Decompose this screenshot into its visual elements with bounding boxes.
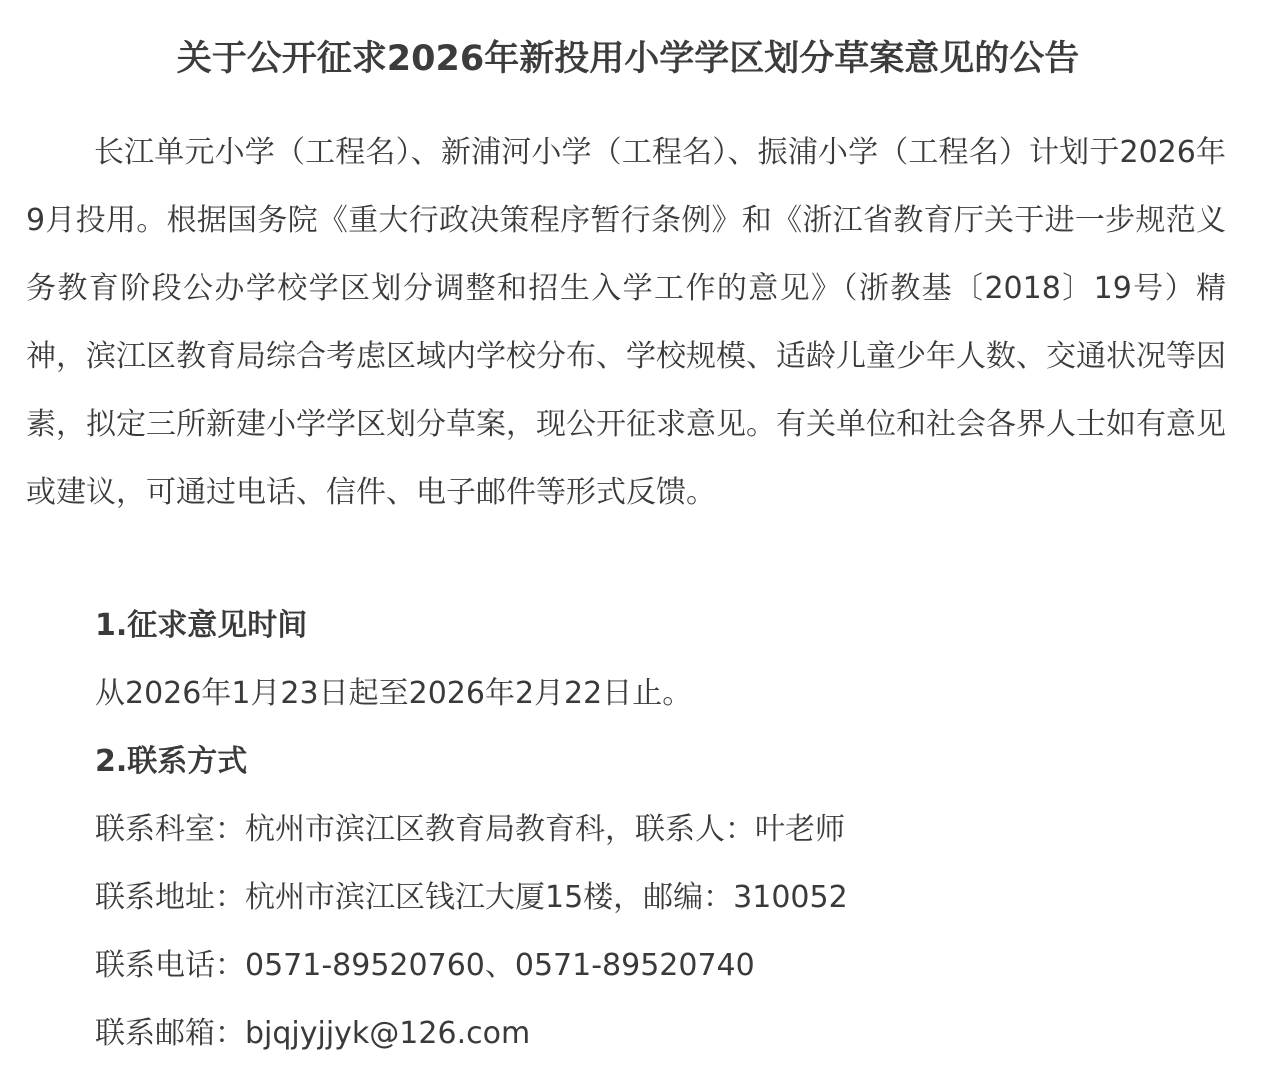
contact-department: 联系科室：杭州市滨江区教育局教育科，联系人：叶老师	[95, 796, 845, 864]
consultation-period-text: 从2026年1月23日起至2026年2月22日止。	[95, 660, 692, 728]
contact-address: 联系地址：杭州市滨江区钱江大厦15楼，邮编：310052	[95, 864, 848, 932]
announcement-page: 关于公开征求2026年新投用小学学区划分草案意见的公告 长江单元小学（工程名）、…	[0, 0, 1280, 1065]
intro-paragraph: 长江单元小学（工程名）、新浦河小学（工程名）、振浦小学（工程名）计划于2026年…	[26, 119, 1226, 527]
page-title: 关于公开征求2026年新投用小学学区划分草案意见的公告	[0, 34, 1256, 84]
contact-phone: 联系电话：0571-89520760、0571-89520740	[95, 932, 755, 1000]
contact-email: 联系邮箱：bjqjyjjyk@126.com	[95, 1000, 530, 1065]
section-heading-contact: 2.联系方式	[95, 728, 247, 796]
section-heading-consultation-period: 1.征求意见时间	[95, 592, 307, 660]
